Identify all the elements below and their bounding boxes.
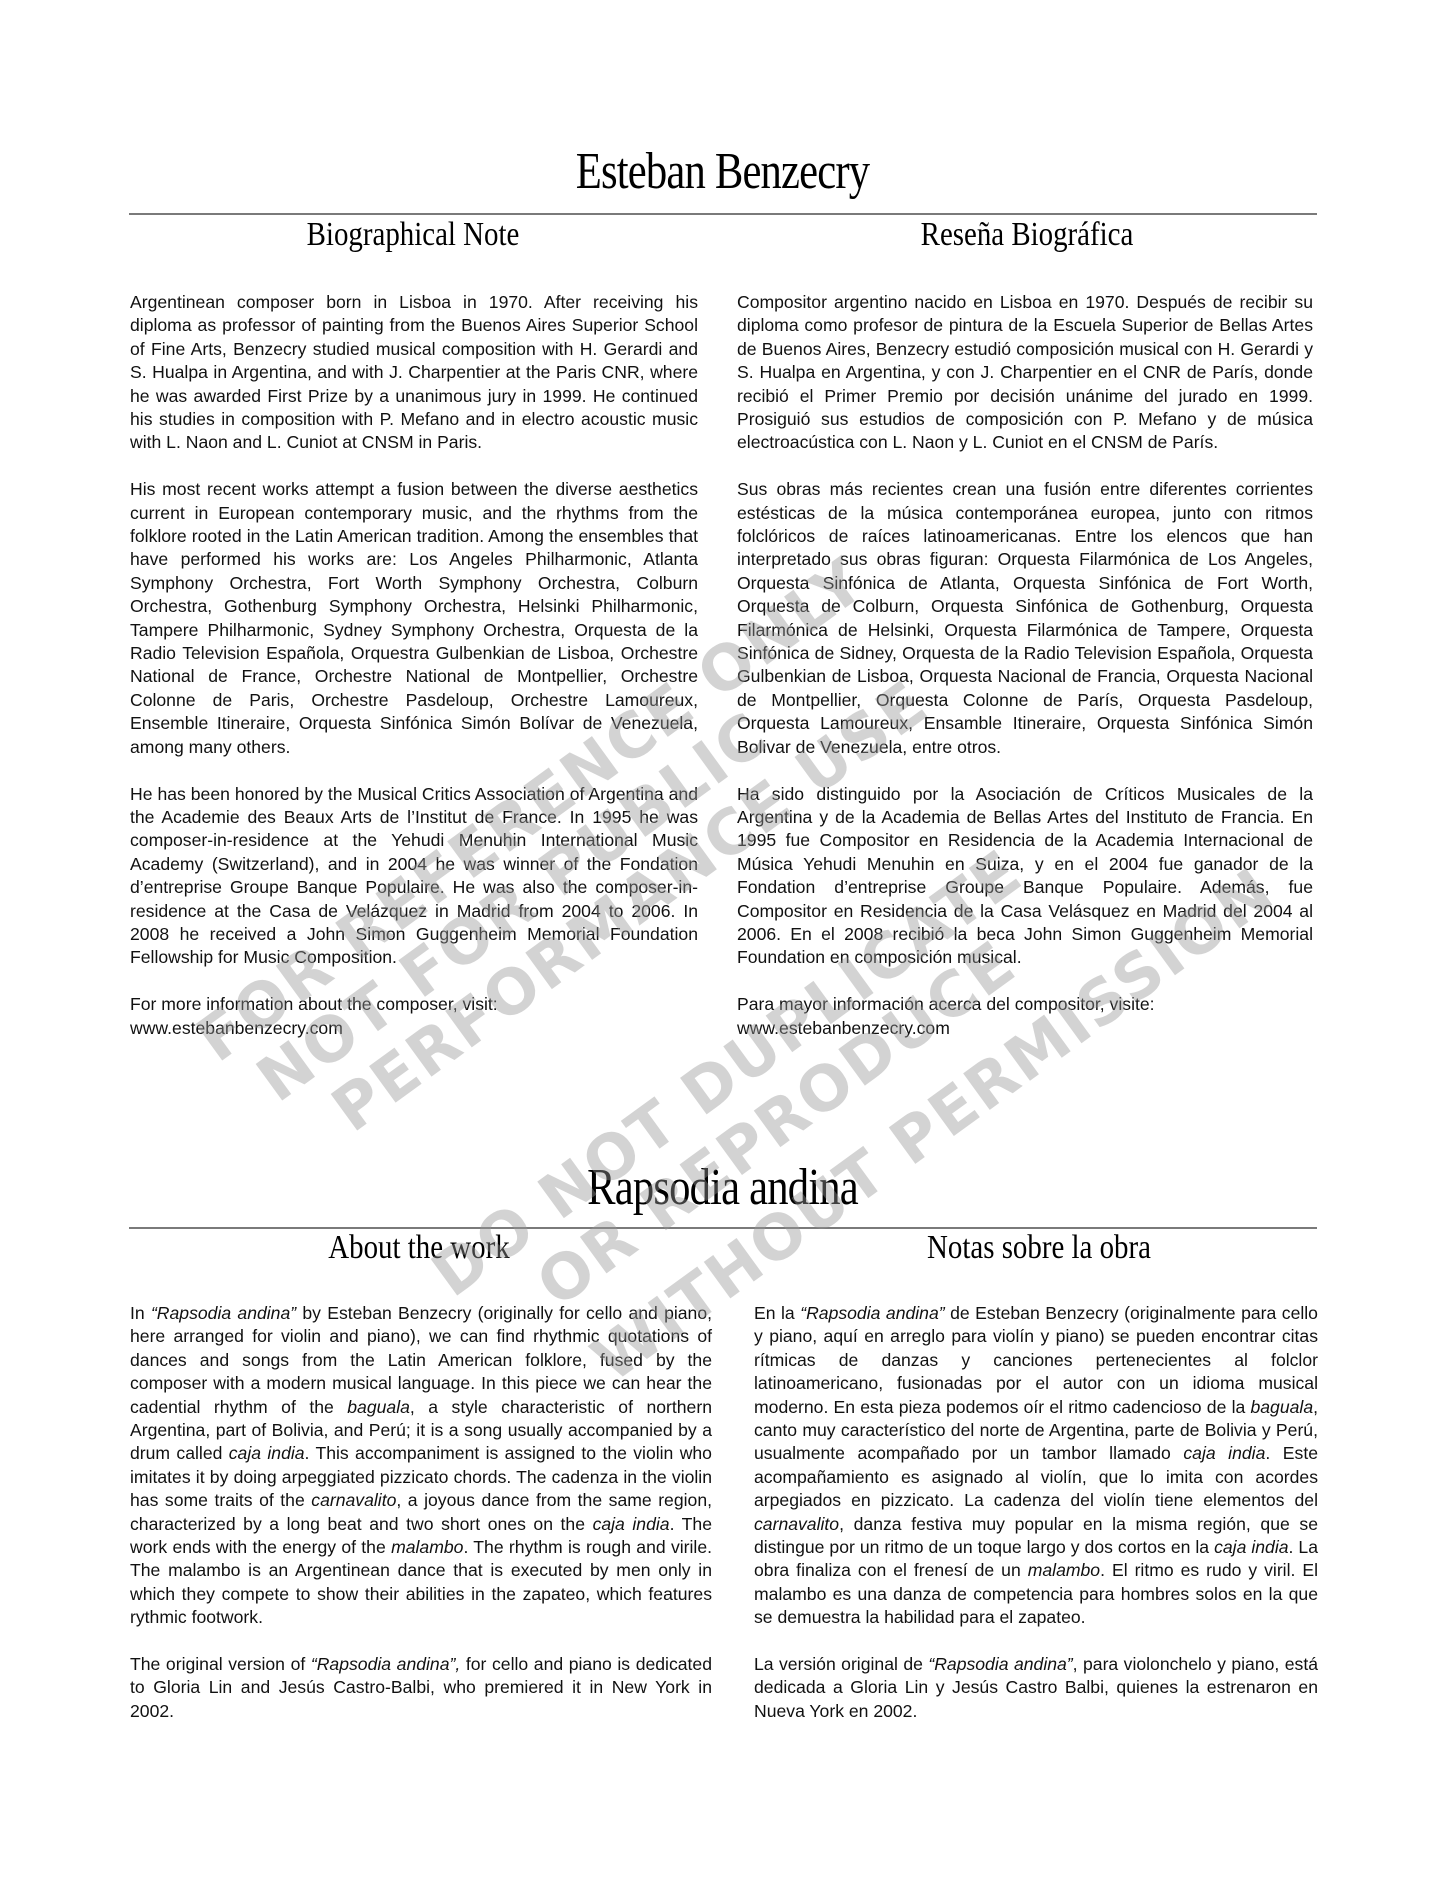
more-info-label: Para mayor información acerca del compos… bbox=[737, 993, 1313, 1016]
bio-paragraph: His most recent works attempt a fusion b… bbox=[130, 478, 698, 759]
more-info-label: For more information about the composer,… bbox=[130, 993, 698, 1016]
work-paragraph: La versión original de “Rapsodia andina”… bbox=[754, 1653, 1318, 1723]
work-title: Rapsodia andina bbox=[130, 1158, 1315, 1217]
bio-column-spanish: Compositor argentino nacido en Lisboa en… bbox=[737, 291, 1313, 1040]
composer-website-link[interactable]: www.estebanbenzecry.com bbox=[130, 1017, 698, 1040]
bio-column-english: Argentinean composer born in Lisboa in 1… bbox=[130, 291, 698, 1040]
work-heading-english: About the work bbox=[173, 1229, 666, 1267]
composer-title: Esteban Benzecry bbox=[130, 142, 1315, 201]
work-column-spanish: En la “Rapsodia andina” de Esteban Benze… bbox=[754, 1302, 1318, 1723]
work-heading-spanish: Notas sobre la obra bbox=[793, 1229, 1286, 1267]
title-divider bbox=[129, 213, 1317, 215]
bio-paragraph: Compositor argentino nacido en Lisboa en… bbox=[737, 291, 1313, 455]
work-paragraph: The original version of “Rapsodia andina… bbox=[130, 1653, 712, 1723]
bio-paragraph: He has been honored by the Musical Criti… bbox=[130, 783, 698, 970]
composer-website-link[interactable]: www.estebanbenzecry.com bbox=[737, 1017, 1313, 1040]
bio-paragraph: Argentinean composer born in Lisboa in 1… bbox=[130, 291, 698, 455]
work-column-english: In “Rapsodia andina” by Esteban Benzecry… bbox=[130, 1302, 712, 1723]
work-paragraph: En la “Rapsodia andina” de Esteban Benze… bbox=[754, 1302, 1318, 1630]
work-paragraph: In “Rapsodia andina” by Esteban Benzecry… bbox=[130, 1302, 712, 1630]
bio-paragraph: Sus obras más recientes crean una fusión… bbox=[737, 478, 1313, 759]
bio-heading-spanish: Reseña Biográfica bbox=[781, 216, 1274, 254]
document-page: Esteban Benzecry Biographical Note Reseñ… bbox=[0, 0, 1445, 1879]
bio-paragraph: Ha sido distinguido por la Asociación de… bbox=[737, 783, 1313, 970]
bio-heading-english: Biographical Note bbox=[172, 216, 655, 254]
